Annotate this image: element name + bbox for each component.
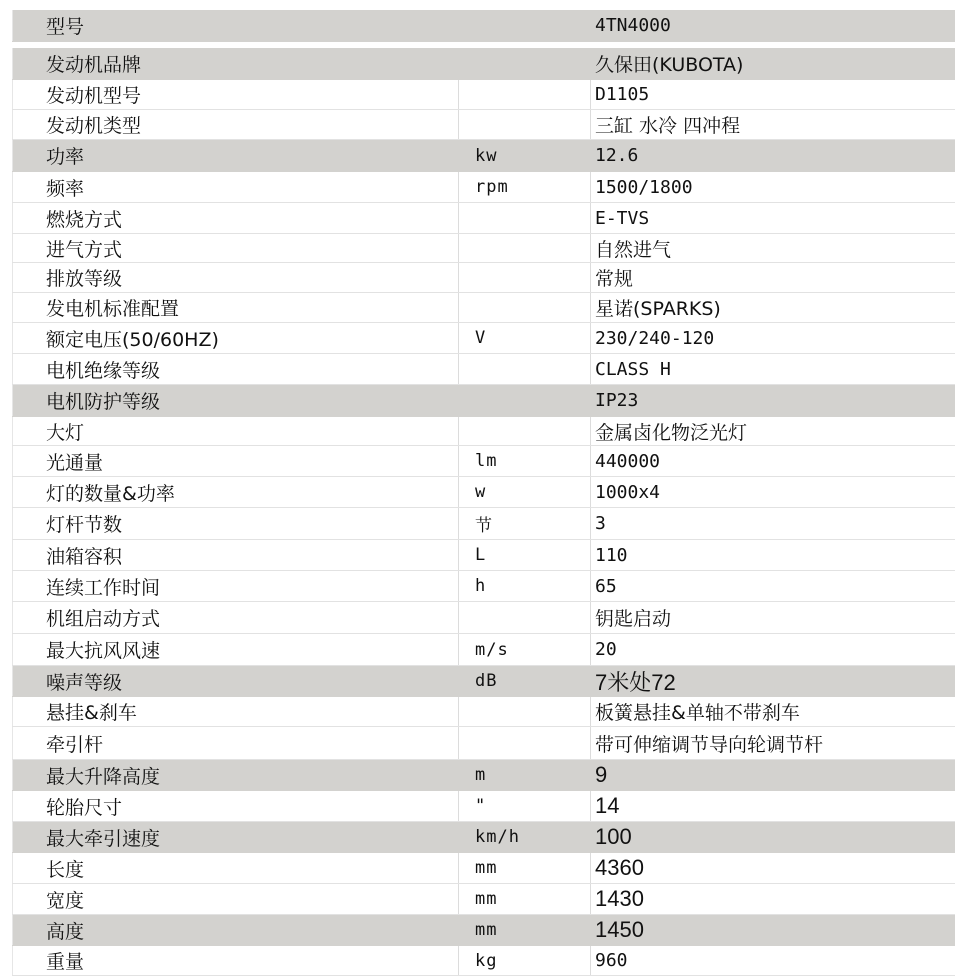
table-row: 光通量 lm 440000: [12, 446, 955, 477]
spec-unit: [458, 48, 590, 79]
spec-unit: m: [458, 760, 590, 790]
spec-unit: mm: [458, 853, 590, 883]
spec-unit: [458, 417, 590, 445]
table-row: 燃烧方式 E-TVS: [12, 203, 955, 234]
spec-value: CLASS H: [590, 354, 955, 384]
table-row: 牵引杆 带可伸缩调节导向轮调节杆: [12, 727, 955, 760]
table-row: 额定电压(50/60HZ) V 230/240-120: [12, 323, 955, 354]
spec-unit: [458, 263, 590, 292]
spec-value: 7米处72: [590, 666, 955, 696]
spec-unit: ": [458, 791, 590, 821]
spec-name: 发动机类型: [12, 110, 458, 139]
spec-value: 110: [590, 540, 955, 570]
table-row: 最大升降高度 m 9: [12, 760, 955, 791]
spec-value: 板簧悬挂&单轴不带刹车: [590, 697, 955, 726]
table-row: 长度 mm 4360: [12, 853, 955, 884]
spec-unit: km/h: [458, 822, 590, 852]
spec-name: 排放等级: [12, 263, 458, 292]
spec-value: IP23: [590, 385, 955, 416]
spec-unit: kg: [458, 946, 590, 975]
table-row: 灯的数量&功率 w 1000x4: [12, 477, 955, 508]
spec-name: 宽度: [12, 884, 458, 914]
spec-value: 9: [590, 760, 955, 790]
spec-unit: kw: [458, 140, 590, 171]
spec-value: 常规: [590, 263, 955, 292]
table-row: 连续工作时间 h 65: [12, 571, 955, 602]
spec-name: 机组启动方式: [12, 602, 458, 633]
table-row: 进气方式 自然进气: [12, 234, 955, 263]
table-row: 功率 kw 12.6: [12, 140, 955, 172]
spec-value: 自然进气: [590, 234, 955, 262]
table-row: 高度 mm 1450: [12, 915, 955, 946]
table-row: 最大抗风风速 m/s 20: [12, 634, 955, 666]
table-row: 频率 rpm 1500/1800: [12, 172, 955, 203]
spec-name: 发动机品牌: [12, 48, 458, 79]
table-row: 大灯 金属卤化物泛光灯: [12, 417, 955, 446]
spec-name: 光通量: [12, 446, 458, 476]
spec-name: 频率: [12, 172, 458, 202]
spec-value: 14: [590, 791, 955, 821]
spec-unit: [458, 80, 590, 109]
table-row: 噪声等级 dB 7米处72: [12, 666, 955, 697]
spec-name: 大灯: [12, 417, 458, 445]
spec-name: 额定电压(50/60HZ): [12, 323, 458, 353]
spec-value: 4360: [590, 853, 955, 883]
spec-unit: L: [458, 540, 590, 570]
spec-unit: lm: [458, 446, 590, 476]
spec-name: 灯杆节数: [12, 508, 458, 539]
spec-value: 12.6: [590, 140, 955, 171]
spec-name: 噪声等级: [12, 666, 458, 696]
table-row: 排放等级 常规: [12, 263, 955, 293]
table-row: 机组启动方式 钥匙启动: [12, 602, 955, 634]
spec-unit: m/s: [458, 634, 590, 665]
spec-unit: [458, 203, 590, 233]
spec-name: 灯的数量&功率: [12, 477, 458, 507]
spec-name: 电机防护等级: [12, 385, 458, 416]
spec-unit: rpm: [458, 172, 590, 202]
spec-name: 燃烧方式: [12, 203, 458, 233]
spec-value: 20: [590, 634, 955, 665]
spec-unit: [458, 697, 590, 726]
spec-value: 4TN4000: [590, 10, 955, 41]
spec-unit: dB: [458, 666, 590, 696]
table-row: 发动机品牌 久保田(KUBOTA): [12, 48, 955, 80]
spec-value: 1000x4: [590, 477, 955, 507]
spec-value: 100: [590, 822, 955, 852]
spec-name: 重量: [12, 946, 458, 975]
table-row: 型号 4TN4000: [12, 10, 955, 42]
spec-value: 1430: [590, 884, 955, 914]
spec-value: 440000: [590, 446, 955, 476]
spec-name: 连续工作时间: [12, 571, 458, 601]
spec-value: 带可伸缩调节导向轮调节杆: [590, 727, 955, 759]
spec-name: 最大升降高度: [12, 760, 458, 790]
spec-name: 发动机型号: [12, 80, 458, 109]
table-row: 发动机类型 三缸 水冷 四冲程: [12, 110, 955, 140]
spec-name: 进气方式: [12, 234, 458, 262]
spec-unit: [458, 293, 590, 322]
spec-value: 1500/1800: [590, 172, 955, 202]
spec-value: 3: [590, 508, 955, 539]
spec-unit: [458, 234, 590, 262]
spec-value: 金属卤化物泛光灯: [590, 417, 955, 445]
table-row: 发动机型号 D1105: [12, 80, 955, 110]
spec-unit: w: [458, 477, 590, 507]
table-row: 最大牵引速度 km/h 100: [12, 822, 955, 853]
spec-unit: [458, 385, 590, 416]
spec-unit: mm: [458, 915, 590, 945]
spec-name: 功率: [12, 140, 458, 171]
spec-value: 星诺(SPARKS): [590, 293, 955, 322]
spec-name: 牵引杆: [12, 727, 458, 759]
table-row: 发电机标准配置 星诺(SPARKS): [12, 293, 955, 323]
spec-value: E-TVS: [590, 203, 955, 233]
spec-value: 1450: [590, 915, 955, 945]
spec-name: 最大牵引速度: [12, 822, 458, 852]
spec-unit: [458, 110, 590, 139]
table-row: 重量 kg 960: [12, 946, 955, 976]
spec-name: 长度: [12, 853, 458, 883]
table-row: 轮胎尺寸 " 14: [12, 791, 955, 822]
spec-unit: [458, 354, 590, 384]
table-row: 电机绝缘等级 CLASS H: [12, 354, 955, 385]
table-row: 宽度 mm 1430: [12, 884, 955, 915]
spec-name: 型号: [12, 10, 458, 41]
spec-value: 久保田(KUBOTA): [590, 48, 955, 79]
spec-name: 悬挂&刹车: [12, 697, 458, 726]
spec-unit: 节: [458, 508, 590, 539]
spec-unit: h: [458, 571, 590, 601]
spec-name: 电机绝缘等级: [12, 354, 458, 384]
spec-value: 三缸 水冷 四冲程: [590, 110, 955, 139]
spec-name: 发电机标准配置: [12, 293, 458, 322]
table-row: 油箱容积 L 110: [12, 540, 955, 571]
spec-value: 钥匙启动: [590, 602, 955, 633]
spec-table: 型号 4TN4000 发动机品牌 久保田(KUBOTA) 发动机型号 D1105…: [12, 10, 955, 976]
spec-unit: [458, 727, 590, 759]
spec-value: 65: [590, 571, 955, 601]
spec-unit: mm: [458, 884, 590, 914]
spec-value: 230/240-120: [590, 323, 955, 353]
spec-name: 油箱容积: [12, 540, 458, 570]
spec-value: D1105: [590, 80, 955, 109]
spec-name: 高度: [12, 915, 458, 945]
spec-name: 最大抗风风速: [12, 634, 458, 665]
table-row: 电机防护等级 IP23: [12, 385, 955, 417]
table-row: 灯杆节数 节 3: [12, 508, 955, 540]
spec-unit: [458, 10, 590, 41]
spec-unit: V: [458, 323, 590, 353]
spec-unit: [458, 602, 590, 633]
table-row: 悬挂&刹车 板簧悬挂&单轴不带刹车: [12, 697, 955, 727]
spec-name: 轮胎尺寸: [12, 791, 458, 821]
spec-value: 960: [590, 946, 955, 975]
